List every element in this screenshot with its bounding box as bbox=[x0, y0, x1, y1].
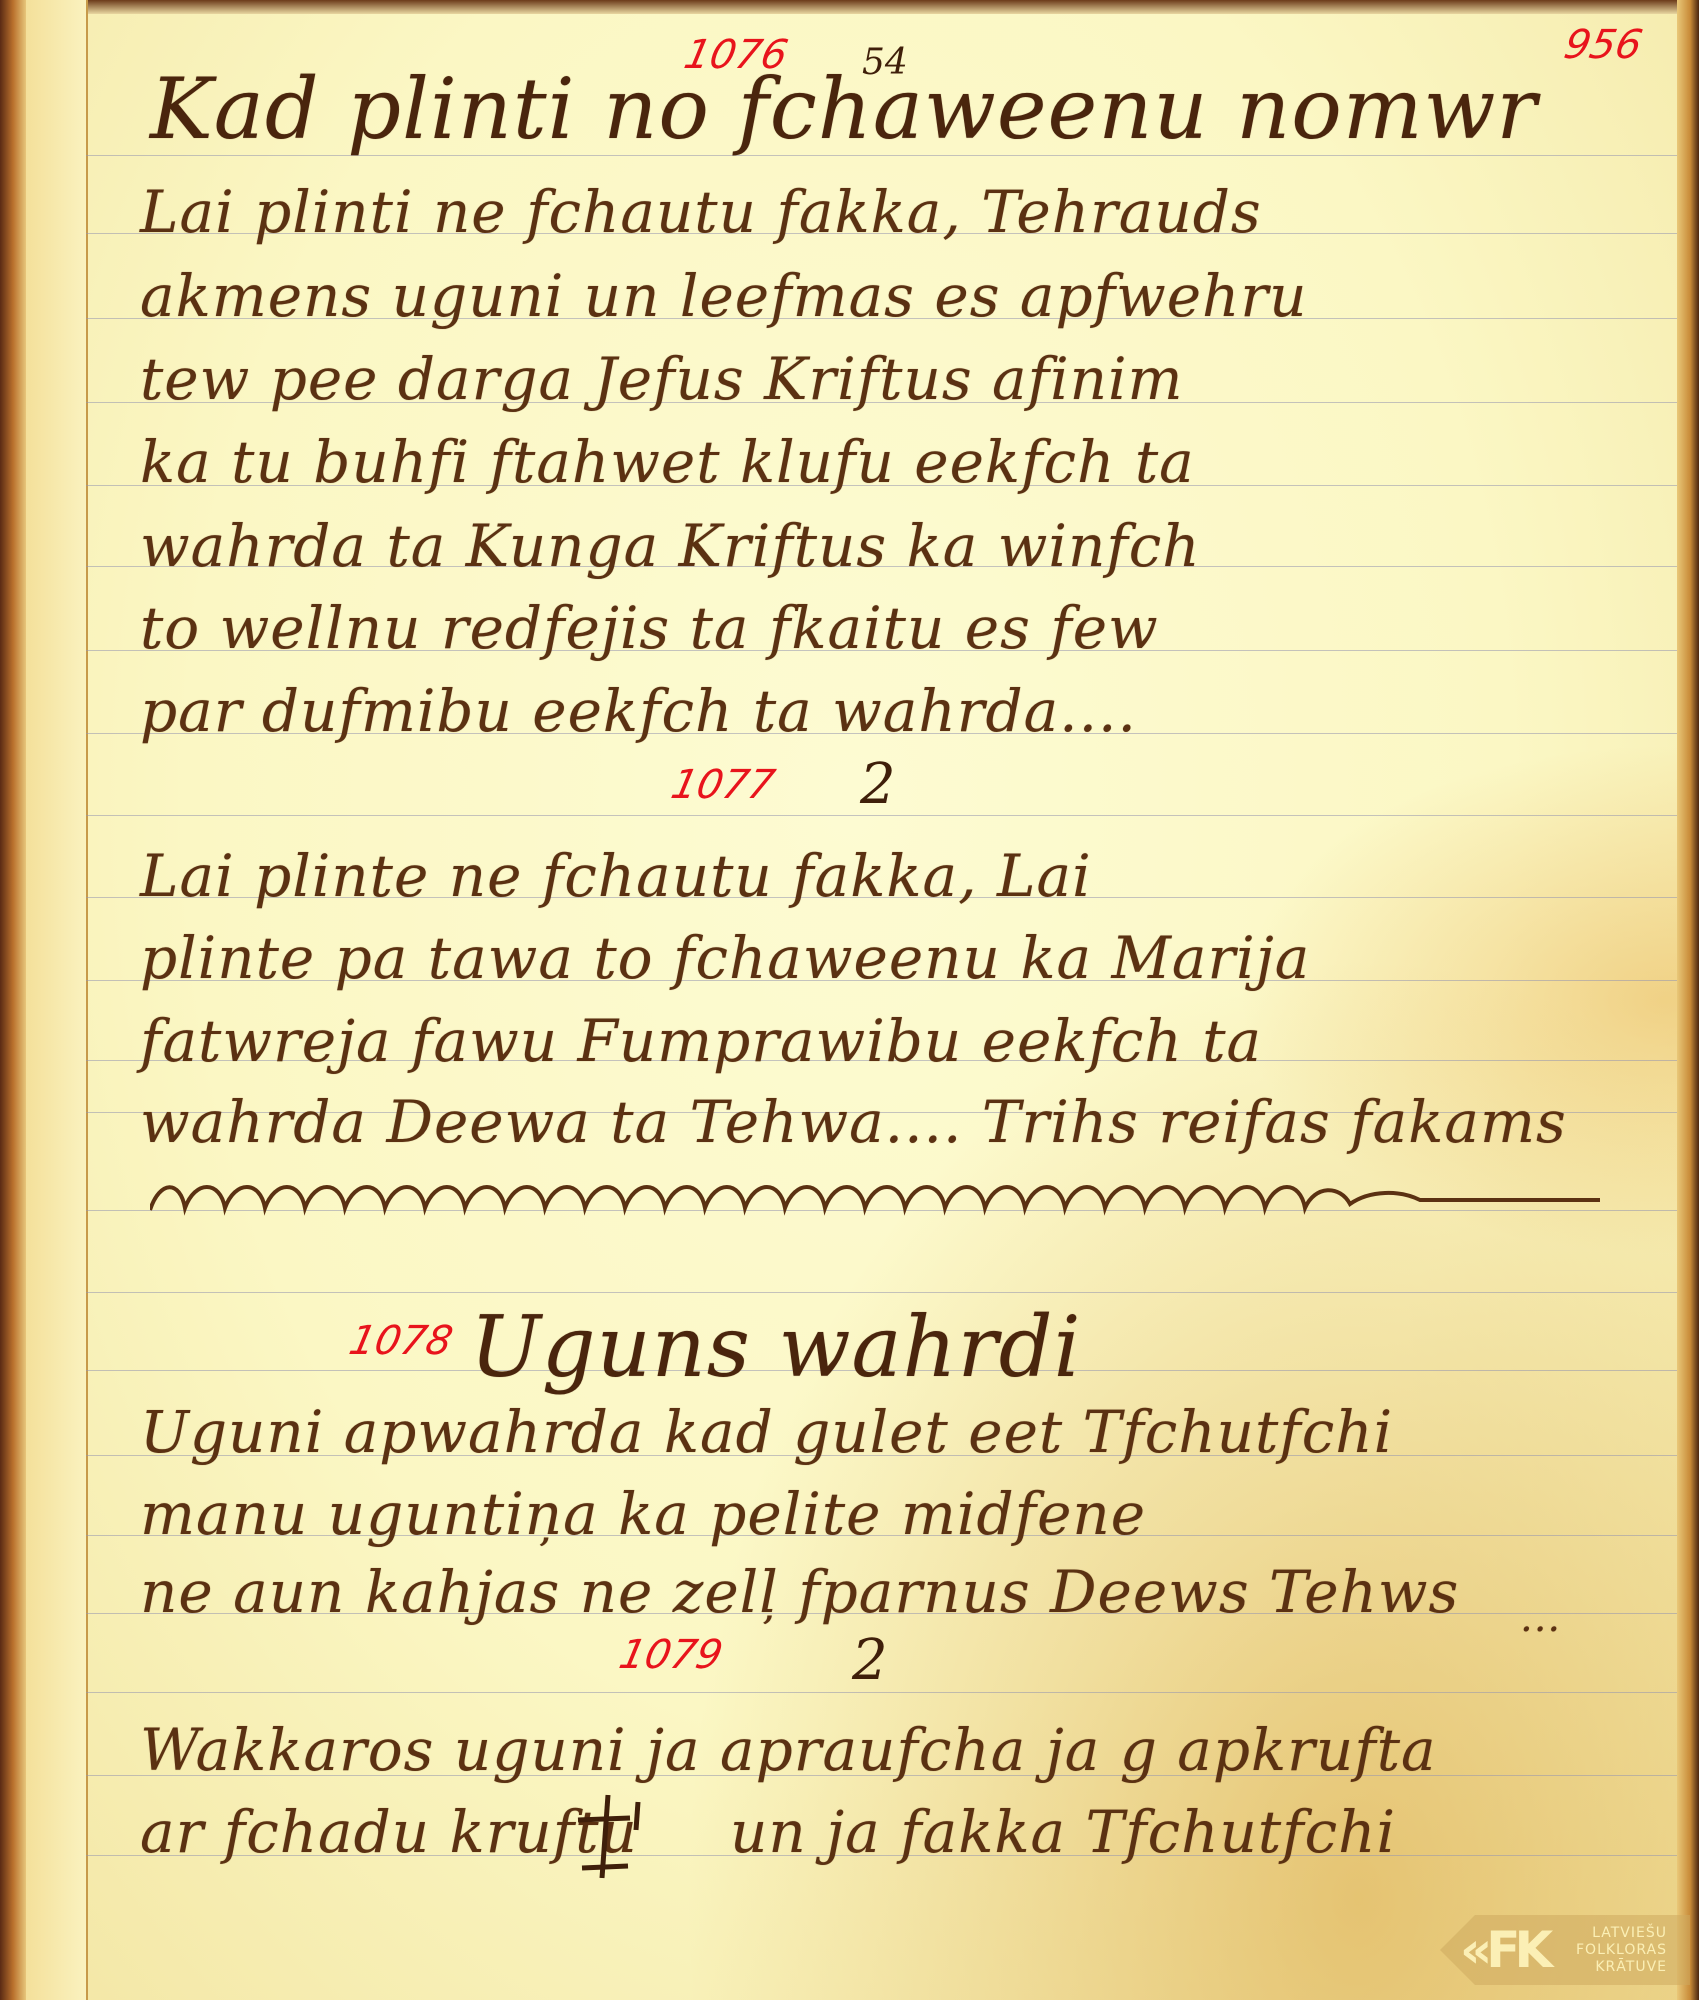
cross-symbol-icon bbox=[570, 1790, 650, 1880]
watermark-line-3: KRĀTUVE bbox=[1576, 1959, 1667, 1976]
left-margin bbox=[26, 0, 88, 2000]
watermark-line-1: LATVIEŠU bbox=[1576, 1925, 1667, 1942]
entry-1078-line-1: Uguni apwahrda kad gulet eet Tfchutfchi bbox=[140, 1398, 1393, 1466]
lfk-logo-icon: «FK bbox=[1460, 1915, 1570, 1985]
entry-1078-line-2: manu uguntiņa ka pelite midfene bbox=[140, 1480, 1146, 1548]
page-top-edge bbox=[0, 0, 1699, 14]
entry-1077-line-1: Lai plinte ne fchautu fakka, Lai bbox=[140, 842, 1092, 910]
entry-1078-title: Uguns wahrdi bbox=[470, 1298, 1081, 1396]
entry-1076-title: Kad plinti no fchaweenu nотwr bbox=[150, 60, 1538, 158]
ruled-line bbox=[86, 1292, 1677, 1293]
squiggle-separator bbox=[150, 1170, 1600, 1220]
entry-1079-line-2: ar fchadu kruftu bbox=[140, 1798, 638, 1866]
entry-1078-ellipsis: ... bbox=[1520, 1595, 1561, 1641]
page-right-edge bbox=[1677, 0, 1699, 2000]
entry-1078-line-3: ne aun kahjas ne zelļ fparnus Deews Tehw… bbox=[140, 1558, 1459, 1626]
archive-number-1077: 1077 bbox=[667, 762, 779, 808]
entry-1076-line-5: wahrda ta Kunga Kriftus ka winfch bbox=[140, 512, 1201, 580]
archive-number-1079: 1079 bbox=[615, 1632, 727, 1678]
page-number-red: 956 bbox=[1560, 22, 1646, 68]
book-spine bbox=[0, 0, 26, 2000]
archive-number-1078: 1078 bbox=[345, 1318, 457, 1364]
entry-1076-line-7: par dufmibu eekfch ta wahrda.... bbox=[140, 677, 1137, 745]
entry-1076-line-6: to wellnu redfejis ta fkaitu es few bbox=[140, 594, 1159, 662]
watermark-line-2: FOLKLORAS bbox=[1576, 1942, 1667, 1959]
entry-1077-line-2: plinte pa tawa to fchaweenu ka Marija bbox=[140, 924, 1310, 992]
variant-number: 2 bbox=[852, 1628, 888, 1693]
entry-1077-line-3: fatwreja fawu Fumprawibu eekfch ta bbox=[140, 1007, 1262, 1075]
variant-number: 2 bbox=[860, 752, 896, 817]
entry-1076-line-3: tew pee darga Jefus Kriftus afinim bbox=[140, 345, 1184, 413]
entry-1076-line-4: ka tu buhfi ftahwet klufu eekfch ta bbox=[140, 428, 1195, 496]
entry-1079-line-1: Wakkaros uguni ja apraufcha ja g apkruft… bbox=[140, 1716, 1437, 1784]
entry-1076-line-2: akmens uguni un leefmas es apfwehru bbox=[140, 262, 1307, 330]
entry-1076-line-1: Lai plinti ne fchautu fakka, Tehrauds bbox=[140, 178, 1262, 246]
entry-1077-line-4: wahrda Deewa ta Tehwa.... Trihs reifas f… bbox=[140, 1088, 1567, 1156]
entry-1079-line-3: un ja fakka Tfchutfchi bbox=[730, 1798, 1396, 1866]
watermark-text: LATVIEŠU FOLKLORAS KRĀTUVE bbox=[1576, 1925, 1667, 1976]
manuscript-page: 956 54 1076 Kad plinti no fchaweenu nотw… bbox=[0, 0, 1699, 2000]
archive-watermark: «FK LATVIEŠU FOLKLORAS KRĀTUVE bbox=[1440, 1915, 1690, 1985]
